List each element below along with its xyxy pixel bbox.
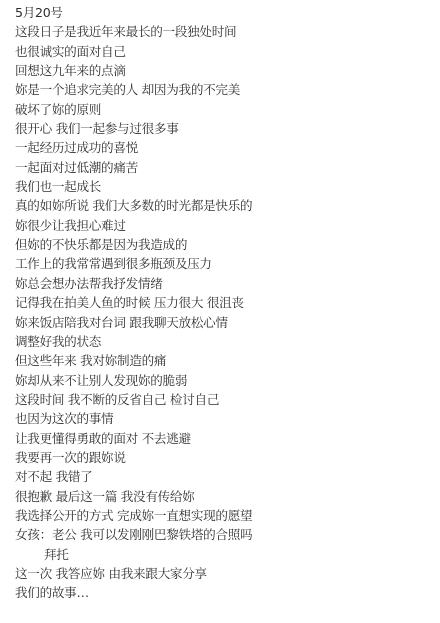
text-line: 这段时间 我不断的反省自己 检讨自己 <box>15 390 440 409</box>
text-line: 很开心 我们一起参与过很多事 <box>15 119 440 138</box>
text-line: 但这些年来 我对妳制造的痛 <box>15 351 440 370</box>
text-line: 妳是一个追求完美的人 却因为我的不完美 <box>15 80 440 99</box>
text-line: 一起经历过成功的喜悦 <box>15 138 440 157</box>
dialogue-line: 女孩：老公 我可以发刚刚巴黎铁塔的合照吗 <box>15 525 440 544</box>
text-line: 妳很少让我担心难过 <box>15 216 440 235</box>
text-line: 这段日子是我近年来最长的一段独处时间 <box>15 22 440 41</box>
letter-document: 5月20号 这段日子是我近年来最长的一段独处时间 也很诚实的面对自己 回想这九年… <box>15 3 440 603</box>
text-line: 我们也一起成长 <box>15 177 440 196</box>
date-heading: 5月20号 <box>15 3 440 22</box>
text-line: 也因为这次的事情 <box>15 409 440 428</box>
text-line: 这一次 我答应妳 由我来跟大家分享 <box>15 564 440 583</box>
text-line: 记得我在拍美人鱼的时候 压力很大 很沮丧 <box>15 293 440 312</box>
text-line: 妳来饭店陪我对台词 跟我聊天放松心情 <box>15 313 440 332</box>
closing-line: 我们的故事… <box>15 583 440 602</box>
text-line: 回想这九年来的点滴 <box>15 61 440 80</box>
text-line: 调整好我的状态 <box>15 332 440 351</box>
text-line: 真的如妳所说 我们大多数的时光都是快乐的 <box>15 196 440 215</box>
text-line: 一起面对过低潮的痛苦 <box>15 158 440 177</box>
text-line: 对不起 我错了 <box>15 467 440 486</box>
text-line: 让我更懂得勇敢的面对 不去逃避 <box>15 429 440 448</box>
text-line: 妳却从来不让别人发现妳的脆弱 <box>15 371 440 390</box>
text-line: 但妳的不快乐都是因为我造成的 <box>15 235 440 254</box>
text-line: 工作上的我常常遇到很多瓶颈及压力 <box>15 254 440 273</box>
text-line: 我要再一次的跟妳说 <box>15 448 440 467</box>
dialogue-continuation: 拜托 <box>15 545 440 564</box>
text-line: 破坏了妳的原则 <box>15 100 440 119</box>
text-line: 我选择公开的方式 完成妳一直想实现的愿望 <box>15 506 440 525</box>
text-line: 很抱歉 最后这一篇 我没有传给妳 <box>15 487 440 506</box>
text-line: 妳总会想办法帮我抒发情绪 <box>15 274 440 293</box>
text-line: 也很诚实的面对自己 <box>15 42 440 61</box>
